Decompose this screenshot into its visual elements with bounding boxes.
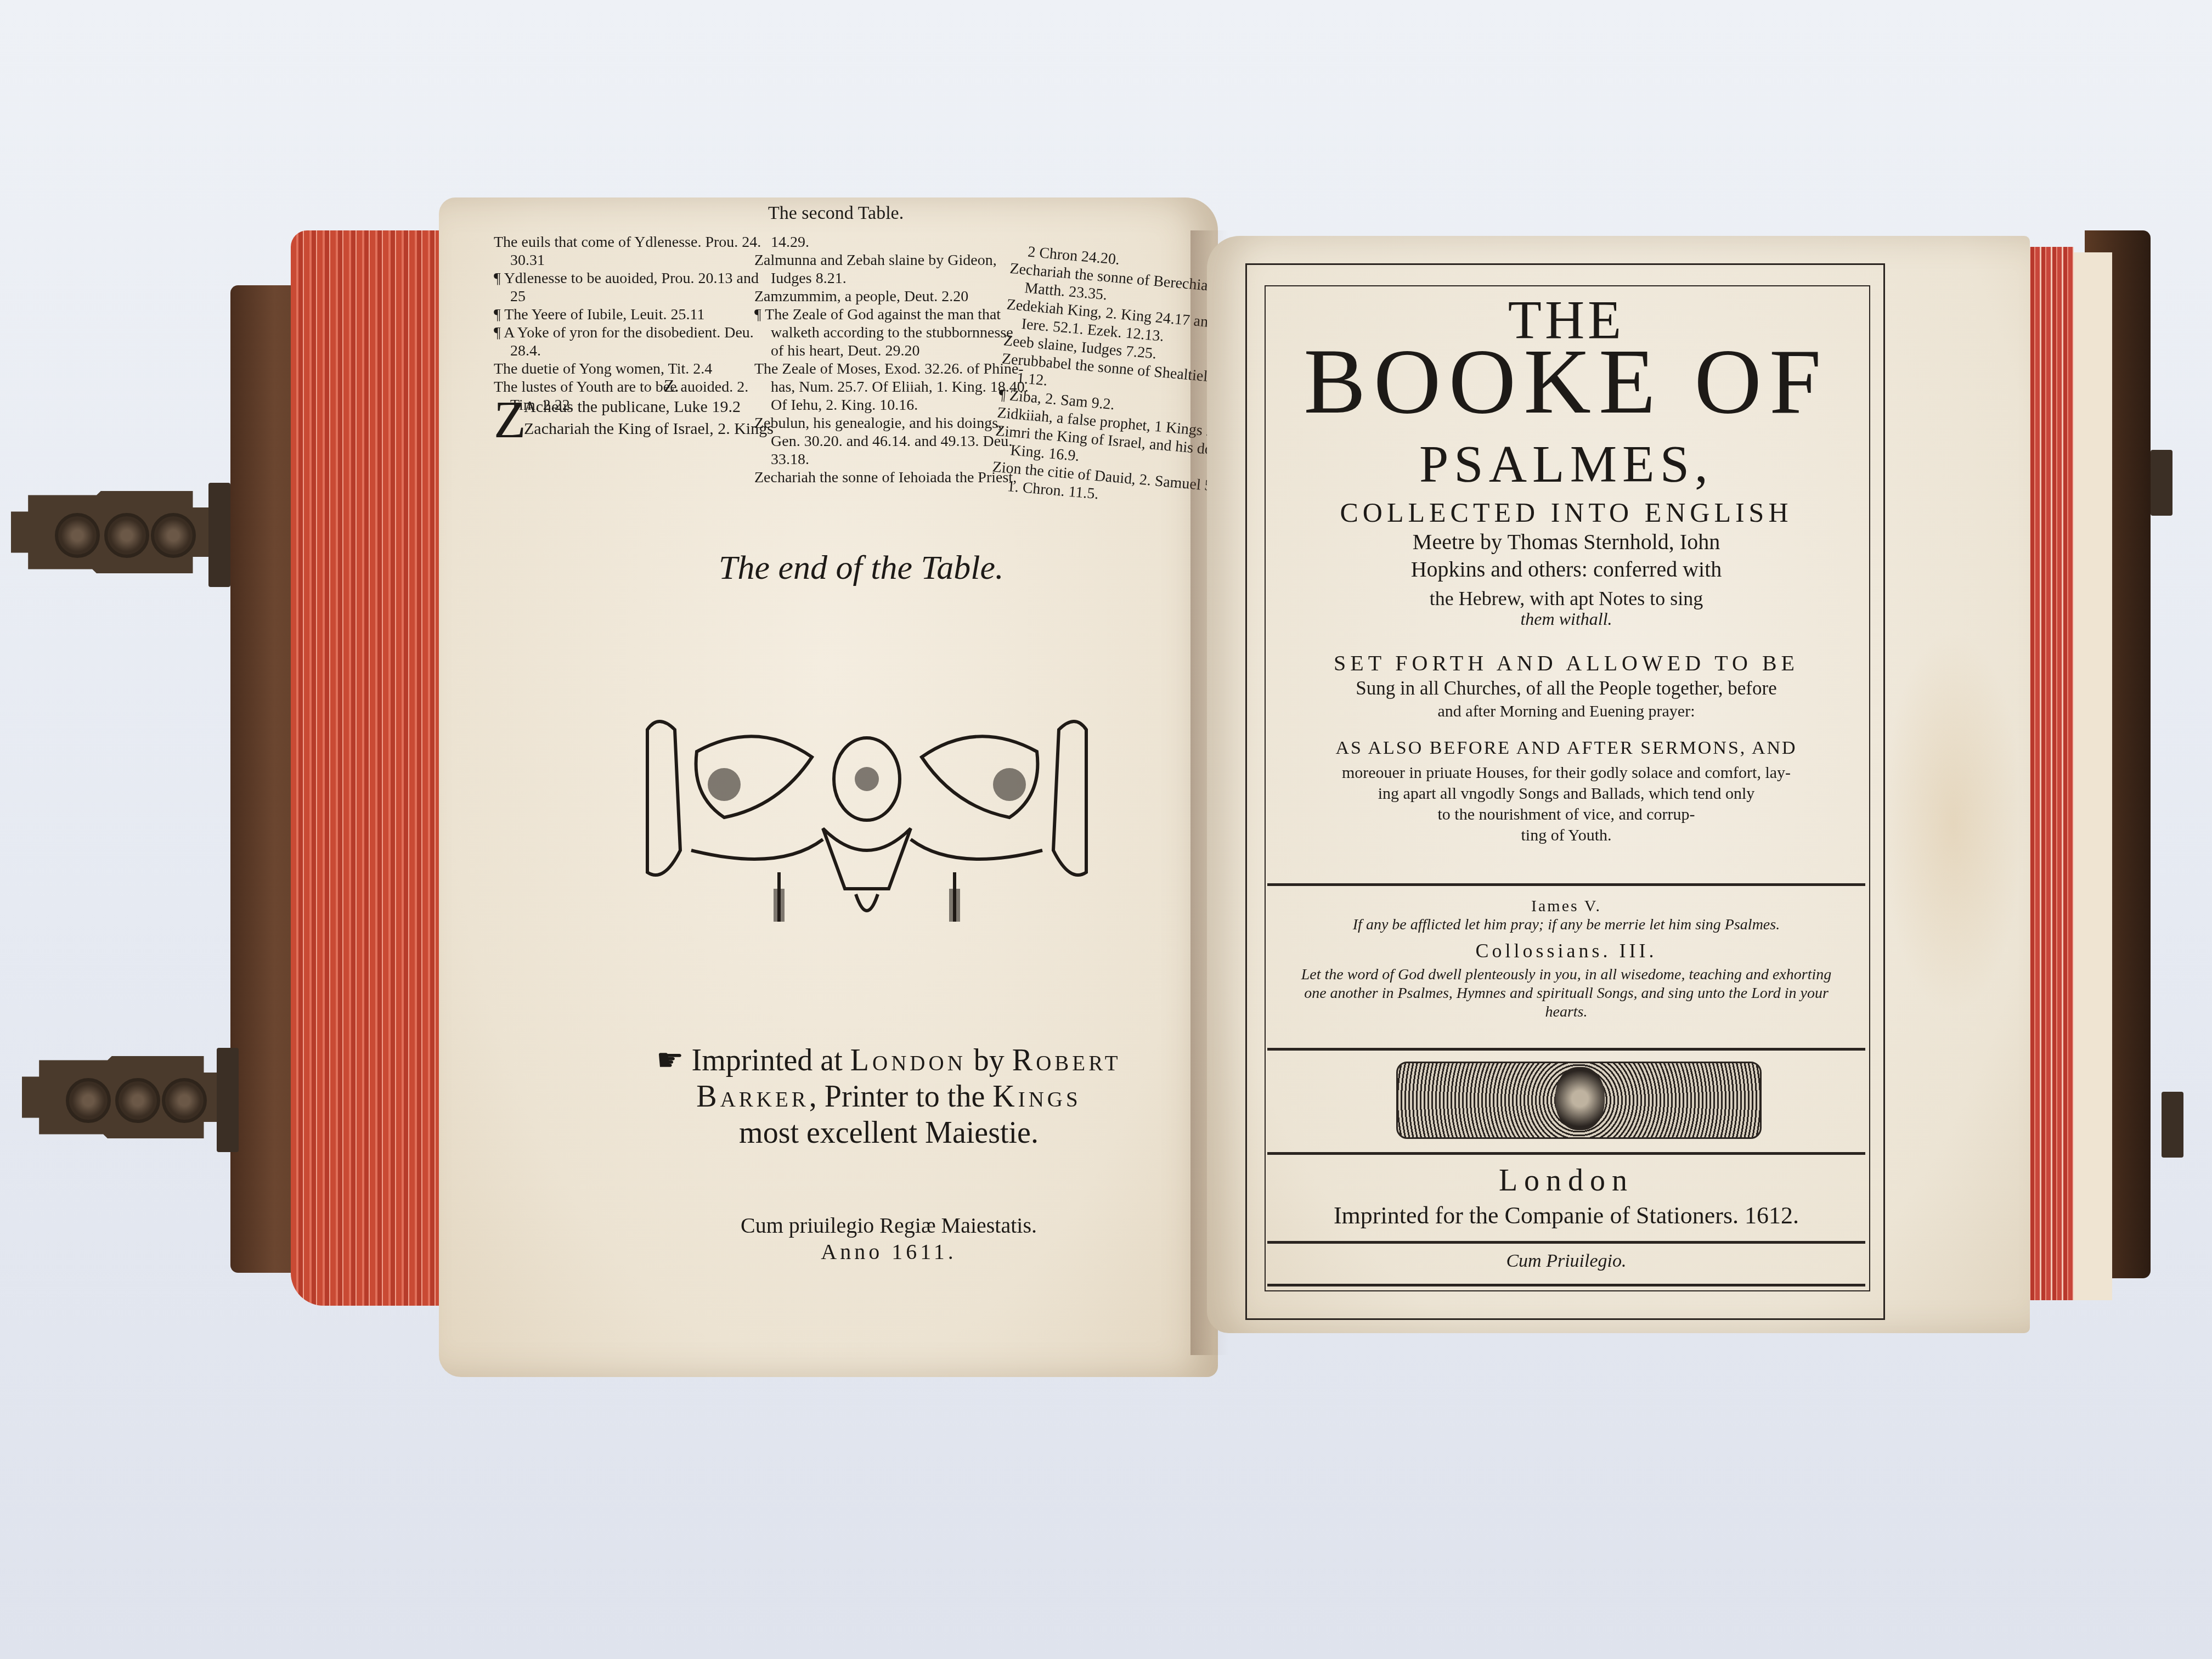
index-line: Gen. 30.20. and 46.14. and 49.13. Deu. [754, 432, 1007, 450]
place-london: London [1265, 1163, 1868, 1198]
index-line: ¶ The Yeere of Iubile, Leuit. 25.11 [494, 306, 746, 324]
clasp-boss-icon [104, 513, 149, 558]
rule-divider [1267, 1048, 1865, 1051]
clasp-boss-icon [115, 1078, 160, 1123]
left-red-page-edges [291, 230, 455, 1306]
index-line: ¶ Ydlenesse to be auoided, Prou. 20.13 a… [494, 269, 746, 287]
fist-pointer-icon: ☛ [656, 1043, 684, 1077]
index-line: Iudges 8.21. [754, 269, 1007, 287]
clasp-plate [22, 1056, 236, 1138]
ornamental-woodcut [614, 708, 1119, 938]
clasp-plate [11, 491, 225, 573]
lower-clasp [22, 1056, 236, 1138]
sung-line: Sung in all Churches, of all the People … [1265, 678, 1868, 699]
index-line: Zechariah the sonne of Iehoiada the Prie… [754, 469, 1007, 487]
as-also-heading: AS ALSO BEFORE AND AFTER SERMONS, AND [1265, 738, 1868, 759]
rule-divider [1267, 1241, 1865, 1244]
upper-clasp [11, 491, 225, 573]
clasp-boss-icon [151, 513, 196, 558]
privilege-statement: Cum priuilegio Regiæ Maiestatis. Anno 16… [642, 1212, 1136, 1265]
index-line: Zachariah the King of Israel, 2. Kings [524, 420, 774, 438]
index-line: Zebulun, his genealogie, and his doings, [754, 414, 1007, 432]
imprint-line-3: most excellent Maiestie. [598, 1115, 1180, 1151]
section-letter: Z. [664, 376, 679, 396]
index-line: has, Num. 25.7. Of Eliiah, 1. King. 18.4… [754, 378, 1007, 396]
scripture-quote-collossians: Let the word of God dwell plenteously in… [1265, 966, 1868, 1022]
set-forth-heading: SET FORTH AND ALLOWED TO BE [1265, 650, 1868, 676]
moreouer-paragraph: moreouer in priuate Houses, for their go… [1265, 763, 1868, 846]
index-line: Zamzummim, a people, Deut. 2.20 [754, 287, 1007, 306]
end-of-table-heading: The end of the Table. [719, 549, 1004, 588]
imprint-line-2: Barker, Printer to the Kings [598, 1079, 1180, 1115]
privilege-line: Cum priuilegio Regiæ Maiestatis. [642, 1212, 1136, 1239]
index-line: Acheus the publicane, Luke 19.2 [524, 398, 741, 416]
subtitle-hebrew: the Hebrew, with apt Notes to sing [1265, 586, 1868, 611]
right-clasp-catch-upper [2151, 450, 2172, 516]
index-line: 14.29. [754, 233, 1007, 251]
scripture-quote-james: If any be afflicted let him pray; if any… [1265, 916, 1868, 934]
title-booke-of: BOOKE OF [1265, 335, 1868, 428]
rule-divider [1267, 883, 1865, 886]
rule-divider [1267, 1152, 1865, 1155]
subtitle-collected: COLLECTED INTO ENGLISH [1265, 496, 1868, 528]
index-line: walketh according to the stubbornnesse [754, 324, 1007, 342]
right-red-page-edges [2024, 247, 2074, 1300]
year-line: Anno 1611. [642, 1239, 1136, 1265]
subtitle-meetre: Meetre by Thomas Sternhold, Iohn [1265, 529, 1868, 555]
cum-priuilegio: Cum Priuilegio. [1265, 1251, 1868, 1272]
index-line: of his heart, Deut. 29.20 [754, 342, 1007, 360]
index-column-1: The euils that come of Ydlenesse. Prou. … [494, 233, 746, 414]
index-line: The euils that come of Ydlenesse. Prou. … [494, 233, 746, 251]
index-line: Zalmunna and Zebah slaine by Gideon, [754, 251, 1007, 269]
index-line: 25 [494, 287, 746, 306]
woodcut-illustration-icon [614, 708, 1119, 938]
index-line: 28.4. [494, 342, 746, 360]
index-column-3: 2 Chron 24.20. Zechariah the sonne of Be… [990, 241, 1209, 511]
imprint-stationers: Imprinted for the Companie of Stationers… [1265, 1201, 1868, 1229]
right-clasp-catch-lower [2162, 1092, 2183, 1158]
index-line: The lustes of Youth are to bee auoided. … [494, 378, 746, 396]
imprint-line-1: ☛ Imprinted at London by Robert [598, 1042, 1180, 1079]
index-column-2: 14.29. Zalmunna and Zebah slaine by Gide… [754, 233, 1007, 487]
clasp-boss-icon [162, 1078, 207, 1123]
after-prayer-line: and after Morning and Euening prayer: [1265, 702, 1868, 721]
scripture-ref-james: Iames V. [1265, 897, 1868, 916]
subtitle-hopkins: Hopkins and others: conferred with [1265, 557, 1868, 582]
title-psalmes: PSALMES, [1265, 433, 1868, 494]
imprint-statement: ☛ Imprinted at London by Robert Barker, … [598, 1042, 1180, 1151]
scripture-ref-collossians: Collossians. III. [1265, 939, 1868, 962]
clasp-boss-icon [55, 513, 100, 558]
clasp-boss-icon [66, 1078, 111, 1123]
ornament-face-icon [1555, 1067, 1605, 1130]
subtitle-them-withall: them withall. [1265, 609, 1868, 629]
right-flyleaf [2074, 252, 2112, 1300]
lower-clasp-hinge [217, 1048, 239, 1152]
drop-cap: Z [494, 395, 526, 444]
upper-clasp-hinge [208, 483, 230, 587]
index-line: Of Iehu, 2. King. 10.16. [754, 396, 1007, 414]
water-stain [1882, 631, 2024, 1015]
index-line: 30.31 [494, 251, 746, 269]
running-head: The second Table. [768, 203, 904, 224]
index-line: ¶ The Zeale of God against the man that [754, 306, 1007, 324]
index-line: The Zeale of Moses, Exod. 32.26. of Phin… [754, 360, 1007, 378]
index-line: ¶ A Yoke of yron for the disobedient. De… [494, 324, 746, 342]
index-line: 33.18. [754, 450, 1007, 469]
index-line: The duetie of Yong women, Tit. 2.4 [494, 360, 746, 378]
rule-divider [1267, 1284, 1865, 1286]
